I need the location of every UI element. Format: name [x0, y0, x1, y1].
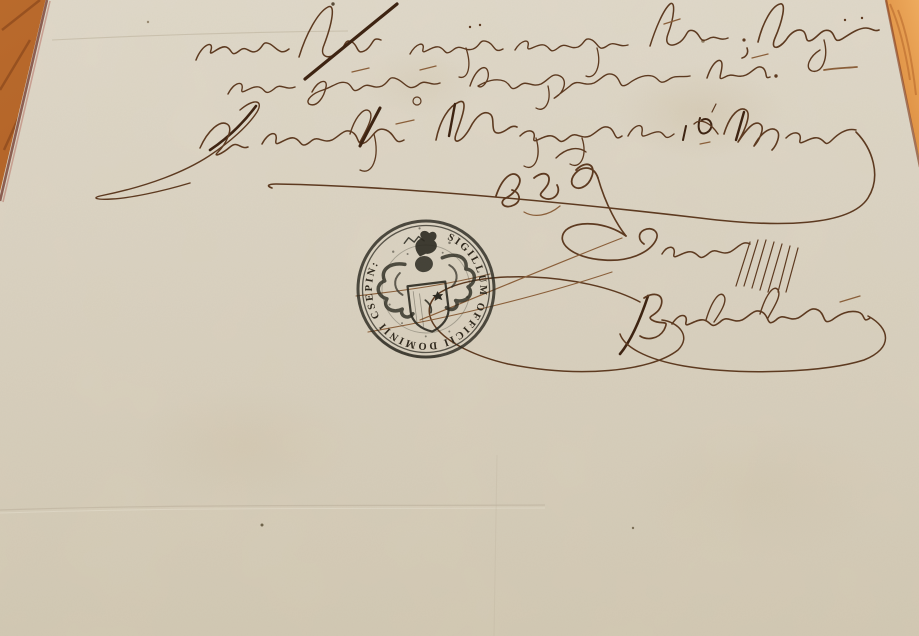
document-photo-canvas: SIGILLUM OFFICII DOMINII CSEPIN:: [0, 0, 919, 636]
paper-stain: [615, 64, 785, 160]
punctuation-dot: [774, 74, 777, 77]
punctuation-dot: [742, 38, 745, 41]
paper-stain: [135, 385, 355, 505]
paper-stain: [630, 420, 890, 560]
diacritic-dot: [861, 17, 863, 19]
ink-speck: [632, 527, 634, 529]
diacritic-dot: [844, 19, 846, 21]
paper-stain: [360, 48, 480, 116]
ink-speck: [261, 524, 264, 527]
photograph-of-document: SIGILLUM OFFICII DOMINII CSEPIN:: [0, 0, 919, 636]
diacritic-dot: [469, 26, 471, 28]
ink-speck: [331, 2, 334, 5]
diacritic-dot: [479, 24, 481, 26]
ink-speck: [147, 21, 149, 23]
